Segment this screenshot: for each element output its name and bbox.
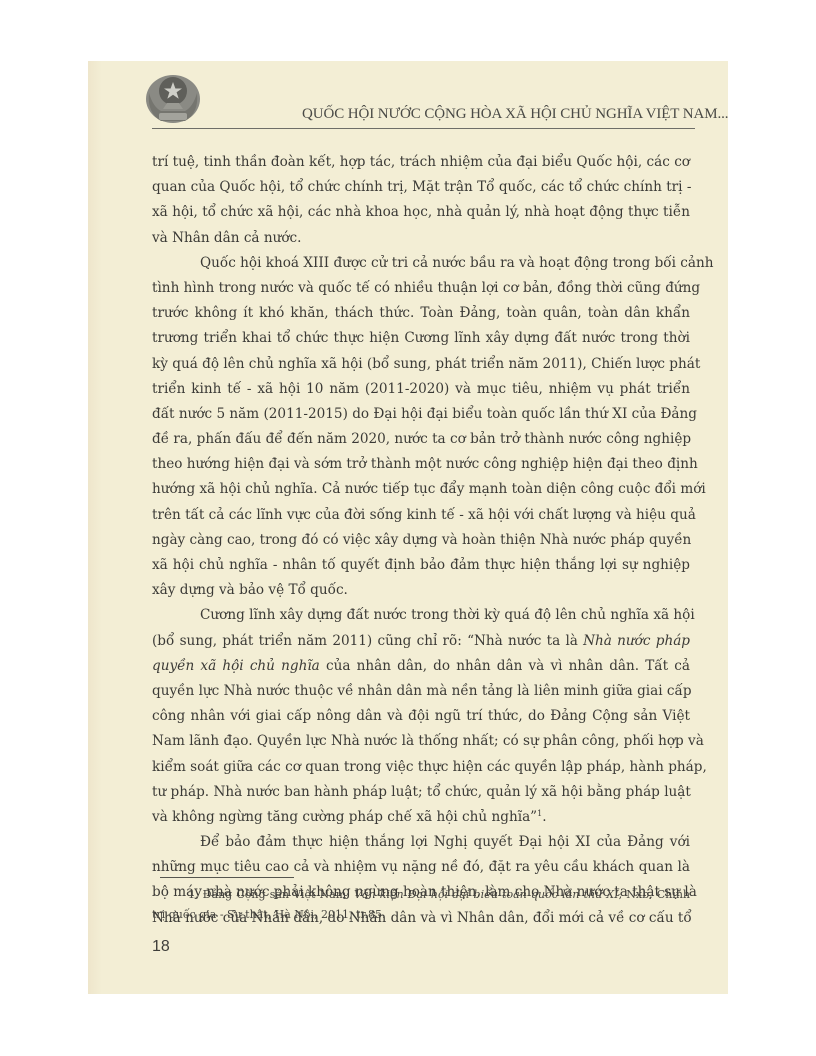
text-line: trên tất cả các lĩnh vực của đời sống ki… <box>152 503 690 528</box>
italic-term: Nhà nước pháp <box>583 633 690 649</box>
text-line: trương triển khai tổ chức thực hiện Cươn… <box>152 326 690 351</box>
text-line: Nam lãnh đạo. Quyền lực Nhà nước là thốn… <box>152 729 690 754</box>
paragraph-start-line: Quốc hội khoá XIII được cử tri cả nước b… <box>152 251 690 276</box>
text-line: ngày càng cao, trong đó có việc xây dựng… <box>152 528 690 553</box>
text-line: trước không ít khó khăn, thách thức. Toà… <box>152 301 690 326</box>
text-line: (bổ sung, phát triển năm 2011) cũng chỉ … <box>152 629 690 654</box>
header-divider <box>152 128 695 129</box>
footnote-prefix: 1. Đảng Cộng sản Việt Nam: <box>188 888 354 901</box>
footnote-suffix: , Nxb. Chính <box>619 888 690 901</box>
page-number: 18 <box>152 938 170 956</box>
text-line: quan của Quốc hội, tổ chức chính trị, Mặ… <box>152 175 690 200</box>
text-line: quyền xã hội chủ nghĩa của nhân dân, do … <box>152 654 690 679</box>
text-line: xã hội chủ nghĩa - nhân tố quyết định bả… <box>152 553 690 578</box>
text-line: theo hướng hiện đại và sớm trở thành một… <box>152 452 690 477</box>
footnote-divider <box>160 877 294 878</box>
text-line: xã hội, tổ chức xã hội, các nhà khoa học… <box>152 200 690 225</box>
text-segment: của nhân dân, do nhân dân và vì nhân dân… <box>320 658 690 674</box>
text-line: quyền lực Nhà nước thuộc về nhân dân mà … <box>152 679 690 704</box>
text-line: đất nước 5 năm (2011-2015) do Đại hội đạ… <box>152 402 690 427</box>
running-header-title: QUỐC HỘI NƯỚC CỘNG HÒA XÃ HỘI CHỦ NGHĨA … <box>302 106 696 123</box>
text-segment: và không ngừng tăng cường pháp chế xã hộ… <box>152 809 537 825</box>
text-line: và không ngừng tăng cường pháp chế xã hộ… <box>152 805 690 830</box>
text-line: xây dựng và bảo vệ Tổ quốc. <box>152 578 690 603</box>
text-line: trí tuệ, tinh thần đoàn kết, hợp tác, tr… <box>152 150 690 175</box>
text-line: hướng xã hội chủ nghĩa. Cả nước tiếp tục… <box>152 477 690 502</box>
paragraph-start-line: Cương lĩnh xây dựng đất nước trong thời … <box>152 603 690 628</box>
text-line: công nhân với giai cấp nông dân và đội n… <box>152 704 690 729</box>
text-line: kỳ quá độ lên chủ nghĩa xã hội (bổ sung,… <box>152 352 690 377</box>
text-line: triển kinh tế - xã hội 10 năm (2011-2020… <box>152 377 690 402</box>
text-line: và Nhân dân cả nước. <box>152 226 690 251</box>
footnote: 1. Đảng Cộng sản Việt Nam: Văn kiện Đại … <box>152 885 690 925</box>
footnote-line: 1. Đảng Cộng sản Việt Nam: Văn kiện Đại … <box>152 885 690 905</box>
body-text: trí tuệ, tinh thần đoàn kết, hợp tác, tr… <box>152 150 690 931</box>
text-segment: (bổ sung, phát triển năm 2011) cũng chỉ … <box>152 633 583 649</box>
footnote-line: trị quốc gia - Sự thật, Hà Nội, 2011, tr… <box>152 905 690 925</box>
national-emblem-icon <box>143 73 203 125</box>
text-line: đề ra, phấn đấu để đến năm 2020, nước ta… <box>152 427 690 452</box>
italic-term: quyền xã hội chủ nghĩa <box>152 658 320 674</box>
text-line: kiểm soát giữa các cơ quan trong việc th… <box>152 755 690 780</box>
text-segment: . <box>542 809 546 825</box>
footnote-title: Văn kiện Đại hội đại biểu toàn quốc lần … <box>354 888 619 901</box>
text-line: tư pháp. Nhà nước ban hành pháp luật; tổ… <box>152 780 690 805</box>
paragraph-start-line: Để bảo đảm thực hiện thắng lợi Nghị quyế… <box>152 830 690 855</box>
text-line: tình hình trong nước và quốc tế có nhiều… <box>152 276 690 301</box>
